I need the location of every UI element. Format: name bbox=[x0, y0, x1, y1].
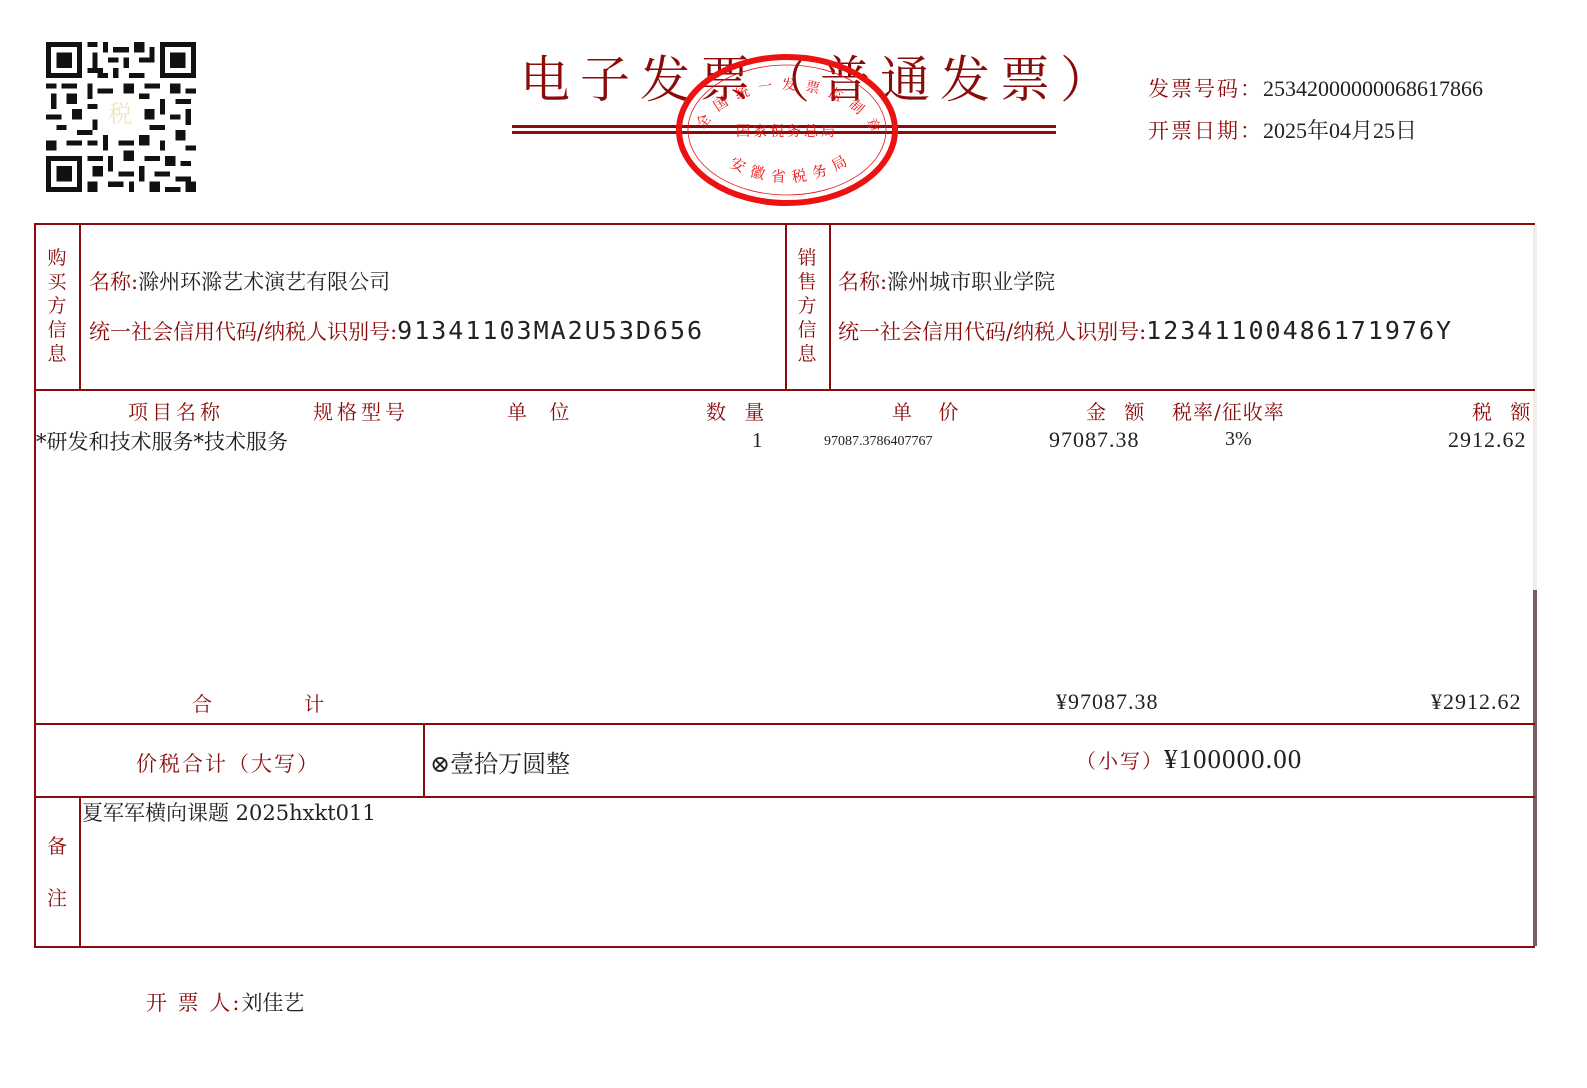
total-label-ji: 计 bbox=[304, 688, 324, 717]
item-tax-rate: 3% bbox=[1225, 428, 1252, 451]
seller-section-label: 销售方信息 bbox=[795, 246, 819, 366]
remarks-label-zhu: 注 bbox=[47, 882, 67, 911]
col-unit-price: 单 价 bbox=[892, 396, 968, 425]
scrollbar[interactable] bbox=[1533, 590, 1537, 946]
col-spec: 规格型号 bbox=[313, 396, 409, 425]
col-amount: 金 额 bbox=[1086, 396, 1150, 425]
remarks-label-divider bbox=[79, 796, 81, 948]
issuer-row: 开 票 人:刘佳艺 bbox=[146, 987, 304, 1017]
grand-total-label: 价税合计（大写） bbox=[136, 748, 320, 778]
title-underline-top bbox=[512, 125, 1056, 128]
qr-code: 税 bbox=[46, 42, 196, 192]
divider-items-total bbox=[34, 723, 1535, 725]
buyer-label-divider bbox=[79, 223, 81, 390]
col-unit: 单 位 bbox=[507, 396, 577, 425]
buyer-section-label: 购买方信息 bbox=[45, 246, 69, 366]
tax-logo-glyph: 税 bbox=[108, 100, 132, 128]
item-name: *研发和技术服务*技术服务 bbox=[36, 426, 306, 458]
col-quantity: 数 量 bbox=[706, 396, 770, 425]
remarks-text: 夏军军横向课题 2025hxkt011 bbox=[82, 797, 376, 827]
buyer-name-row: 名称:滁州环滁艺术演艺有限公司 bbox=[89, 266, 390, 296]
col-tax: 税 额 bbox=[1472, 396, 1536, 425]
seller-label-divider bbox=[829, 223, 831, 390]
buyer-seller-divider bbox=[785, 223, 787, 390]
buyer-tax-id: 91341103MA2U53D656 bbox=[397, 316, 704, 345]
issue-date: 2025年04月25日 bbox=[1263, 118, 1417, 143]
total-amount: ¥97087.38 bbox=[1056, 689, 1159, 715]
grand-total-uppercase: 壹拾万圆整 bbox=[450, 750, 570, 778]
issuer-label: 开 票 人: bbox=[146, 991, 241, 1015]
seller-tax-id-row: 统一社会信用代码/纳税人识别号:12341100486171976Y bbox=[838, 316, 1453, 346]
buyer-tax-id-row: 统一社会信用代码/纳税人识别号:91341103MA2U53D656 bbox=[89, 316, 704, 346]
svg-text:安徽省税务局: 安徽省税务局 bbox=[727, 149, 856, 187]
title-underline-bottom bbox=[512, 131, 1056, 134]
issue-date-label: 开票日期： bbox=[1148, 119, 1263, 143]
invoice-number-row: 发票号码：25342000000068617866 bbox=[1148, 73, 1483, 103]
grand-total-lowercase-row: （小写）¥100000.00 bbox=[1076, 744, 1302, 775]
issue-date-row: 开票日期：2025年04月25日 bbox=[1148, 114, 1417, 145]
item-tax: 2912.62 bbox=[1448, 427, 1527, 453]
seller-tax-id: 12341100486171976Y bbox=[1146, 316, 1453, 345]
buyer-name-label: 名称: bbox=[89, 270, 138, 294]
seller-name-label: 名称: bbox=[838, 270, 887, 294]
seller-tax-id-label: 统一社会信用代码/纳税人识别号: bbox=[838, 320, 1146, 344]
remarks-label-bei: 备 bbox=[47, 830, 67, 859]
buyer-name: 滁州环滁艺术演艺有限公司 bbox=[138, 270, 390, 294]
seller-name-row: 名称:滁州城市职业学院 bbox=[838, 266, 1055, 296]
grand-total-lowercase: ¥100000.00 bbox=[1164, 744, 1302, 774]
buyer-tax-id-label: 统一社会信用代码/纳税人识别号: bbox=[89, 320, 397, 344]
item-unit-price: 97087.3786407767 bbox=[824, 434, 933, 450]
col-item-name: 项目名称 bbox=[128, 396, 224, 425]
grand-total-divider bbox=[423, 723, 425, 797]
total-tax: ¥2912.62 bbox=[1431, 689, 1522, 715]
total-label-he: 合 bbox=[192, 688, 212, 717]
seller-name: 滁州城市职业学院 bbox=[887, 270, 1055, 294]
grand-total-lowercase-label: （小写） bbox=[1076, 749, 1164, 773]
seal-bottom-text: 安徽省税务局 bbox=[727, 149, 856, 187]
col-tax-rate: 税率/征收率 bbox=[1172, 396, 1285, 425]
item-quantity: 1 bbox=[752, 428, 763, 453]
item-amount: 97087.38 bbox=[1049, 427, 1140, 453]
invoice-title: 电子发票（普通发票） bbox=[520, 50, 1120, 110]
invoice-number-label: 发票号码： bbox=[1148, 77, 1263, 101]
grand-total-uppercase-row: ⊗壹拾万圆整 bbox=[430, 744, 570, 779]
invoice-number: 25342000000068617866 bbox=[1263, 76, 1483, 101]
issuer-name: 刘佳艺 bbox=[241, 991, 304, 1015]
circled-x-icon: ⊗ bbox=[430, 750, 450, 778]
